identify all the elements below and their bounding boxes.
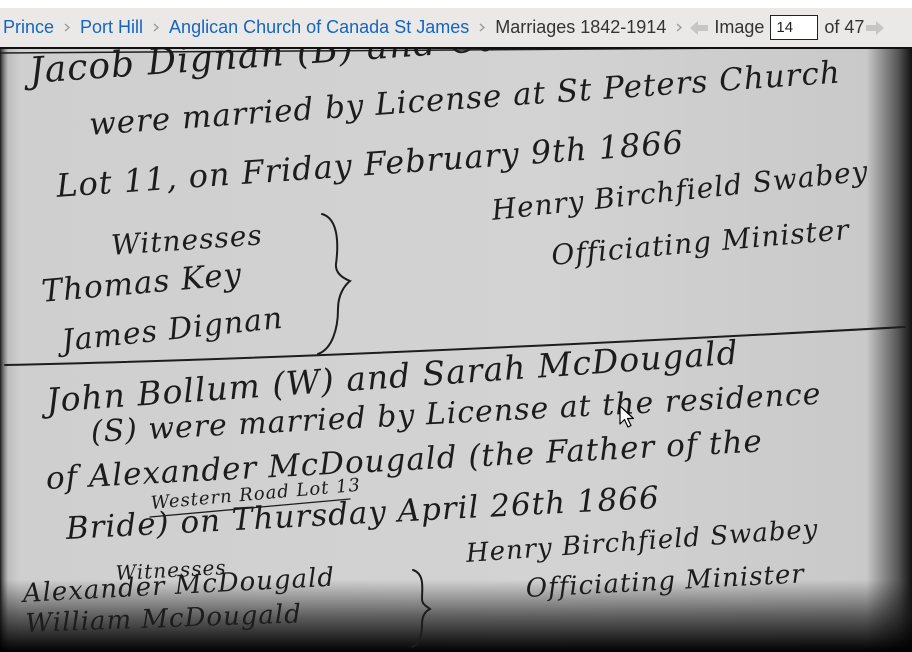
mouse-pointer-icon	[619, 405, 635, 429]
next-image-button[interactable]	[866, 20, 884, 36]
previous-image-button[interactable]	[690, 20, 708, 36]
breadcrumb-current-collection: Marriages 1842-1914	[495, 17, 666, 38]
breadcrumb-bar: Prince Port Hill Anglican Church of Cana…	[0, 8, 912, 47]
breadcrumb-church[interactable]: Anglican Church of Canada St James	[169, 17, 469, 38]
document-image-viewer[interactable]: Jacob Dignan (B) and Caroline Key (B) we…	[0, 49, 912, 652]
image-label: Image	[714, 17, 764, 38]
chevron-right-icon	[479, 23, 485, 32]
chevron-right-icon	[64, 23, 70, 32]
arrow-left-icon	[690, 20, 708, 36]
breadcrumb-prince[interactable]: Prince	[3, 17, 54, 38]
chevron-right-icon	[676, 23, 682, 32]
breadcrumb-port-hill[interactable]: Port Hill	[80, 17, 143, 38]
chevron-right-icon	[153, 23, 159, 32]
arrow-right-icon	[866, 20, 884, 36]
image-total: of 47	[824, 17, 864, 38]
image-number-input[interactable]	[770, 15, 818, 40]
